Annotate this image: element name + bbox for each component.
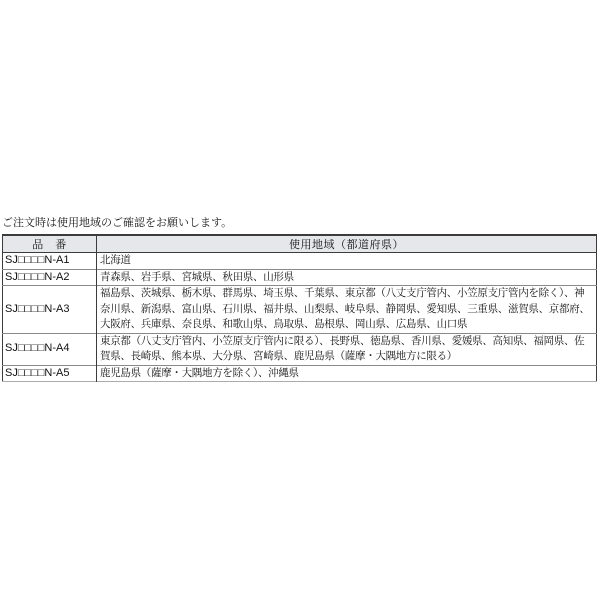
usage-region-table: 品 番 使用地域（都道府県） SJ□□□□N-A1 北海道 SJ□□□□N-A2… [2,234,597,382]
part-number-cell: SJ□□□□N-A4 [3,333,97,365]
region-cell: 北海道 [97,253,597,270]
table-row-a2: SJ□□□□N-A2 青森県、岩手県、宮城県、秋田県、山形県 [3,269,597,286]
region-cell: 青森県、岩手県、宮城県、秋田県、山形県 [97,269,597,286]
part-number-cell: SJ□□□□N-A3 [3,286,97,334]
order-confirmation-note: ご注文時は使用地域のご確認をお願いします。 [2,216,232,230]
region-cell: 東京都（八丈支庁管内、小笠原支庁管内に限る）、長野県、徳島県、香川県、愛媛県、高… [97,333,597,365]
region-cell: 福島県、茨城県、栃木県、群馬県、埼玉県、千葉県、東京都（八丈支庁管内、小笠原支庁… [97,286,597,334]
table-row-a3: SJ□□□□N-A3 福島県、茨城県、栃木県、群馬県、埼玉県、千葉県、東京都（八… [3,286,597,334]
table-header-row: 品 番 使用地域（都道府県） [3,235,597,253]
table-row-a5: SJ□□□□N-A5 鹿児島県（薩摩・大隅地方を除く）、沖縄県 [3,365,597,382]
usage-region-column-header: 使用地域（都道府県） [97,235,597,253]
part-number-cell: SJ□□□□N-A5 [3,365,97,382]
product-region-page: ご注文時は使用地域のご確認をお願いします。 品 番 使用地域（都道府県） SJ□… [0,0,600,600]
table-row-a4: SJ□□□□N-A4 東京都（八丈支庁管内、小笠原支庁管内に限る）、長野県、徳島… [3,333,597,365]
part-number-column-header: 品 番 [3,235,97,253]
table-row-a1: SJ□□□□N-A1 北海道 [3,253,597,270]
part-number-cell: SJ□□□□N-A1 [3,253,97,270]
part-number-cell: SJ□□□□N-A2 [3,269,97,286]
region-cell: 鹿児島県（薩摩・大隅地方を除く）、沖縄県 [97,365,597,382]
